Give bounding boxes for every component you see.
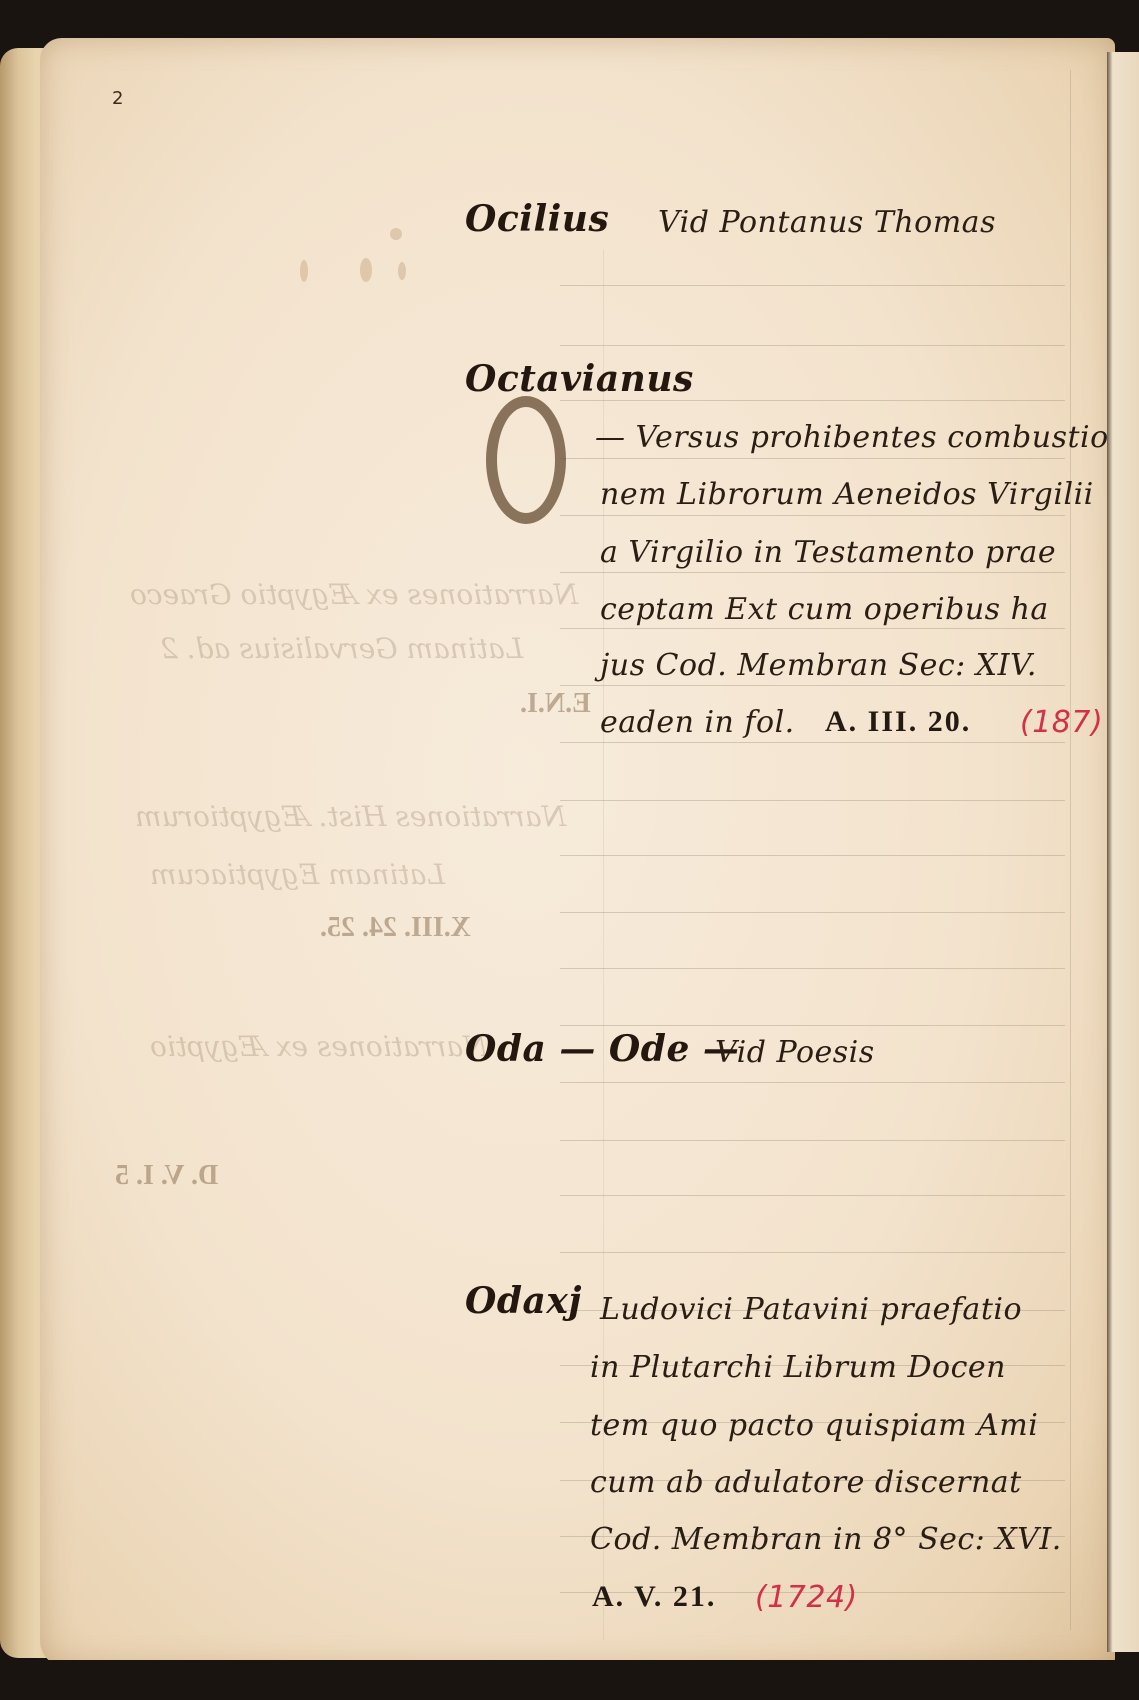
page-number: 2 <box>112 88 123 109</box>
entry-heading-oda: Oda — Ode — <box>465 1028 739 1070</box>
ruled-line <box>560 685 1065 686</box>
ink-stain <box>360 258 372 282</box>
catalog-number-red: (187) <box>1020 705 1103 740</box>
entry-text-ocilius: Vid Pontanus Thomas <box>658 205 996 240</box>
decorated-initial-o <box>486 396 566 524</box>
right-margin-rule <box>1070 70 1071 1630</box>
ruled-line <box>560 742 1065 743</box>
entry-heading-odaxj: Odaxj <box>465 1280 582 1322</box>
entry-line: ceptam Ext cum operibus ha <box>600 592 1049 627</box>
ink-stain <box>398 262 406 280</box>
ruled-line <box>560 400 1065 401</box>
entry-line: nem Librorum Aeneidos Virgilii <box>600 477 1094 512</box>
ruled-line <box>560 515 1065 516</box>
entry-line: Cod. Membran in 8° Sec: XVI. <box>590 1522 1062 1557</box>
ruled-line <box>560 855 1065 856</box>
entry-line: jus Cod. Membran Sec: XIV. <box>600 648 1037 683</box>
show-through-text: E.N.I. <box>520 688 591 720</box>
ruled-line <box>560 968 1065 969</box>
ink-stain <box>300 260 308 282</box>
entry-line: in Plutarchi Librum Docen <box>590 1350 1006 1385</box>
ruled-line <box>560 285 1065 286</box>
ruled-line <box>560 1140 1065 1141</box>
ruled-line <box>560 345 1065 346</box>
show-through-text: Latinam Egyptiacum <box>150 858 445 891</box>
ruled-line <box>560 800 1065 801</box>
show-through-text: Latinam Gervalisius ad. 2 <box>160 632 523 665</box>
entry-heading-ocilius: Ocilius <box>465 198 609 240</box>
entry-line: Ludovici Patavini praefatio <box>600 1292 1022 1327</box>
shelfmark: A. III. 20. <box>825 705 971 739</box>
entry-text-oda: Vid Poesis <box>715 1035 875 1070</box>
entry-line: a Virgilio in Testamento prae <box>600 535 1056 570</box>
ruled-line <box>560 1025 1065 1026</box>
entry-line: tem quo pacto quispiam Ami <box>590 1408 1038 1443</box>
ruled-line <box>560 1252 1065 1253</box>
ruled-line <box>560 572 1065 573</box>
show-through-text: Narrationes Hist. Ægyptiorum <box>135 800 566 833</box>
show-through-text: Narrationes ex Ægyptio <box>150 1030 488 1063</box>
facing-page-edge <box>1107 52 1139 1652</box>
show-through-text: X.III. 24. 25. <box>320 912 471 944</box>
ink-stain <box>390 228 402 240</box>
catalog-number-red: (1724) <box>755 1580 858 1615</box>
ruled-line <box>560 1082 1065 1083</box>
ruled-line <box>560 912 1065 913</box>
entry-heading-octavianus: Octavianus <box>465 358 694 400</box>
ruled-line <box>560 458 1065 459</box>
shelfmark: A. V. 21. <box>592 1580 716 1614</box>
ruled-line <box>560 628 1065 629</box>
show-through-text: Narrationes ex Ægyptio Graeco <box>130 578 578 611</box>
entry-line: — Versus prohibentes combustio <box>595 420 1109 455</box>
ruled-line <box>560 1195 1065 1196</box>
entry-line: cum ab adulatore discernat <box>590 1465 1022 1500</box>
show-through-text: D. V. I. 5 <box>115 1160 218 1192</box>
entry-line: eaden in fol. <box>600 705 795 740</box>
background-shadow <box>0 1660 1139 1700</box>
